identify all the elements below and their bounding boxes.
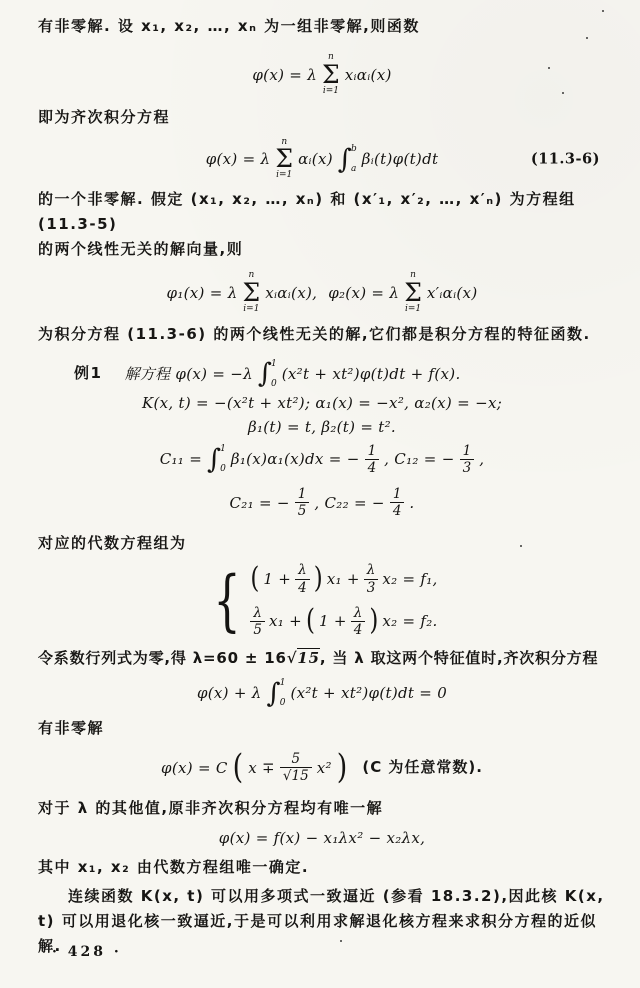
para-nonzero-solution: 有非零解 bbox=[38, 716, 606, 741]
integral-lower-limit: 0 bbox=[220, 464, 226, 474]
integral-icon: ∫ bbox=[267, 680, 281, 707]
integral-lower-limit: 0 bbox=[271, 379, 277, 389]
fraction-denominator: 3 bbox=[460, 459, 475, 476]
integral-symbol: ∫ 1 0 bbox=[207, 444, 226, 474]
fraction: 5 √15 bbox=[280, 751, 312, 784]
formula-fragment: x′ᵢαᵢ(x) bbox=[427, 284, 478, 302]
formula-fragment: (x²t + xt²)φ(t)dt = 0 bbox=[290, 684, 447, 702]
para-solution-vectors-line1: 的一个非零解. 假定 (x₁, x₂, …, xₙ) 和 (x′₁, x′₂, … bbox=[38, 187, 606, 237]
fraction-numerator: 5 bbox=[289, 751, 304, 767]
sigma-icon: Σ bbox=[404, 281, 422, 305]
fraction: 1 5 bbox=[295, 486, 310, 519]
para-solution-vectors-line2: 的两个线性无关的解向量,则 bbox=[38, 237, 606, 262]
formula-fragment: φ₂(x) = λ bbox=[328, 284, 399, 302]
formula-fragment: , bbox=[479, 450, 484, 468]
formula-fragment: , C₂₂ = − bbox=[314, 494, 384, 512]
fraction-denominator: 4 bbox=[390, 502, 405, 519]
formula-fragment: 1 + bbox=[319, 612, 347, 630]
formula-fragment: K(x, t) = −(x²t + xt²); α₁(x) = −x², α₂(… bbox=[142, 394, 502, 412]
left-paren: ( bbox=[306, 607, 315, 636]
formula-fragment: β₁(t) = t, β₂(t) = t². bbox=[248, 418, 396, 436]
scan-speckle bbox=[548, 67, 550, 69]
integral-upper-limit: 1 bbox=[220, 444, 226, 454]
sum-lower-limit: i=1 bbox=[405, 305, 421, 315]
para-unique-determined: 其中 x₁, x₂ 由代数方程组唯一确定. bbox=[38, 855, 606, 880]
integral-icon: ∫ bbox=[338, 146, 352, 173]
sum-lower-limit: i=1 bbox=[276, 171, 292, 181]
fraction-numerator: λ bbox=[250, 605, 265, 621]
para-algebraic-system: 对应的代数方程组为 bbox=[38, 531, 606, 556]
closing-paragraph-line3: 解. bbox=[38, 934, 606, 959]
integral-upper-limit: b bbox=[351, 144, 357, 154]
formula-fragment: φ(x) = C bbox=[161, 759, 228, 777]
fraction: 1 4 bbox=[390, 486, 405, 519]
constant-note: (C 为任意常数). bbox=[362, 755, 483, 780]
kernel-line: K(x, t) = −(x²t + xt²); α₁(x) = −x², α₂(… bbox=[38, 394, 606, 412]
fraction-denominator: 4 bbox=[365, 459, 380, 476]
integral-icon: ∫ bbox=[258, 360, 272, 387]
formula-fragment: x₂ = f₁, bbox=[382, 570, 437, 588]
fraction-numerator: λ bbox=[351, 605, 366, 621]
left-paren: ( bbox=[233, 751, 244, 785]
radical-sign: √ bbox=[283, 768, 292, 784]
formula-fragment: αᵢ(x) bbox=[298, 150, 333, 168]
formula-fragment: φ₁(x) = λ bbox=[167, 284, 238, 302]
scan-speckle bbox=[340, 940, 342, 942]
formula-fragment: (x²t + xt²)φ(t)dt + f(x). bbox=[282, 365, 461, 383]
system-brace: { bbox=[214, 571, 241, 630]
formula-fragment: 1 + bbox=[263, 570, 291, 588]
equation-phi1-phi2: φ₁(x) = λ n Σ i=1 xᵢαᵢ(x), φ₂(x) = λ n Σ… bbox=[38, 271, 606, 315]
closing-paragraph-line1: 连续函数 K(x, t) 可以用多项式一致逼近 (参看 18.3.2),因此核 … bbox=[38, 884, 606, 909]
formula-fragment: β₁(x)α₁(x)dx = − bbox=[231, 450, 360, 468]
algebraic-system: { ( 1 + λ 4 ) x₁ + λ 3 x₂ = f₁, λ bbox=[38, 562, 606, 638]
fraction-numerator: 1 bbox=[460, 443, 475, 459]
fraction: 1 3 bbox=[460, 443, 475, 476]
fraction: λ 5 bbox=[250, 605, 265, 638]
sum-lower-limit: i=1 bbox=[323, 87, 339, 97]
right-paren: ) bbox=[369, 607, 378, 636]
fraction-numerator: λ bbox=[364, 562, 379, 578]
c21-c22-line: C₂₁ = − 1 5 , C₂₂ = − 1 4 . bbox=[38, 486, 606, 519]
fraction-denominator: 3 bbox=[364, 579, 379, 596]
fraction-numerator: λ bbox=[295, 562, 310, 578]
fraction-numerator: 1 bbox=[365, 443, 380, 459]
formula-fragment: φ(x) = λ bbox=[206, 150, 271, 168]
summation-symbol: n Σ i=1 bbox=[243, 271, 261, 315]
formula-fragment: x₁ + bbox=[269, 612, 302, 630]
fraction: 1 4 bbox=[365, 443, 380, 476]
formula-fragment: x₁ + bbox=[327, 570, 360, 588]
equation-11-3-6: φ(x) = λ n Σ i=1 αᵢ(x) ∫ b a βᵢ(t)φ(t)dt… bbox=[38, 138, 606, 182]
sum-lower-limit: i=1 bbox=[243, 305, 259, 315]
integral-icon: ∫ bbox=[207, 446, 221, 473]
formula-fragment: C₂₁ = − bbox=[230, 494, 290, 512]
line-homogeneous-intro: 即为齐次积分方程 bbox=[38, 105, 606, 130]
para-other-lambda: 对于 λ 的其他值,原非齐次积分方程均有唯一解 bbox=[38, 796, 606, 821]
closing-paragraph-line2: t) 可以用退化核一致逼近,于是可以利用求解退化核方程来求积分方程的近似 bbox=[38, 909, 606, 934]
summation-symbol: n Σ i=1 bbox=[404, 271, 422, 315]
scan-speckle bbox=[586, 37, 588, 39]
formula-fragment: 解方程 φ(x) = −λ bbox=[124, 363, 253, 384]
sigma-icon: Σ bbox=[243, 281, 261, 305]
para-determinant: 令系数行列式为零,得 λ=60 ± 16√15, 当 λ 取这两个特征值时,齐次… bbox=[38, 646, 606, 671]
integral-symbol: ∫ 1 0 bbox=[258, 359, 277, 389]
equation-eigenfunction: φ(x) = C ( x ∓ 5 √15 x² ) (C 为任意常数). bbox=[38, 751, 606, 784]
fraction-denominator: 4 bbox=[295, 579, 310, 596]
radicand: 15 bbox=[292, 767, 309, 784]
sigma-icon: Σ bbox=[275, 147, 293, 171]
equation-basis-function: φ(x) = λ n Σ i=1 xᵢαᵢ(x) bbox=[38, 53, 606, 97]
radicand: 15 bbox=[297, 648, 319, 667]
left-paren: ( bbox=[250, 565, 259, 594]
formula-fragment: φ(x) = f(x) − x₁λx² − x₂λx, bbox=[219, 829, 425, 847]
scan-speckle bbox=[562, 92, 564, 94]
formula-fragment: φ(x) = λ bbox=[252, 66, 317, 84]
formula-fragment: C₁₁ = bbox=[160, 450, 202, 468]
fraction-denominator: 5 bbox=[295, 502, 310, 519]
para-eigenfunctions: 为积分方程 (11.3-6) 的两个线性无关的解,它们都是积分方程的特征函数. bbox=[38, 322, 606, 347]
fraction: λ 4 bbox=[351, 605, 366, 638]
example-1-line: 例1 解方程 φ(x) = −λ ∫ 1 0 (x²t + xt²)φ(t)dt… bbox=[74, 359, 606, 389]
formula-fragment: . bbox=[409, 494, 414, 512]
equation-unique-solution: φ(x) = f(x) − x₁λx² − x₂λx, bbox=[38, 829, 606, 847]
right-paren: ) bbox=[314, 565, 323, 594]
formula-fragment: x ∓ bbox=[248, 759, 275, 777]
page-number: · 428 · bbox=[52, 944, 122, 960]
beta-line: β₁(t) = t, β₂(t) = t². bbox=[38, 418, 606, 436]
fraction-denominator: 5 bbox=[250, 621, 265, 638]
textbook-page: 有非零解. 设 x₁, x₂, …, xₙ 为一组非零解,则函数 φ(x) = … bbox=[0, 0, 640, 988]
radical-sign: √ bbox=[287, 649, 298, 667]
summation-symbol: n Σ i=1 bbox=[322, 53, 340, 97]
determinant-text-pre: 令系数行列式为零,得 λ=60 ± 16 bbox=[38, 649, 287, 667]
fraction-denominator: 4 bbox=[351, 621, 366, 638]
system-row-2: λ 5 x₁ + ( 1 + λ 4 ) x₂ = f₂. bbox=[250, 605, 437, 638]
equation-homogeneous: φ(x) + λ ∫ 1 0 (x²t + xt²)φ(t)dt = 0 bbox=[38, 678, 606, 708]
formula-fragment: βᵢ(t)φ(t)dt bbox=[362, 150, 439, 168]
integral-symbol: ∫ 1 0 bbox=[267, 678, 286, 708]
summation-symbol: n Σ i=1 bbox=[275, 138, 293, 182]
system-row-1: ( 1 + λ 4 ) x₁ + λ 3 x₂ = f₁, bbox=[250, 562, 437, 595]
example-1-label: 例1 bbox=[74, 361, 102, 386]
fraction-numerator: 1 bbox=[295, 486, 310, 502]
scan-speckle bbox=[602, 10, 604, 12]
scan-speckle bbox=[520, 545, 522, 547]
formula-fragment: x² bbox=[317, 759, 332, 777]
intro-line: 有非零解. 设 x₁, x₂, …, xₙ 为一组非零解,则函数 bbox=[38, 14, 606, 39]
determinant-text-post: , 当 λ 取这两个特征值时,齐次积分方程 bbox=[320, 649, 598, 667]
formula-fragment: xᵢαᵢ(x), bbox=[265, 284, 317, 302]
fraction: λ 3 bbox=[364, 562, 379, 595]
formula-fragment: , C₁₂ = − bbox=[384, 450, 454, 468]
fraction-denominator: √15 bbox=[280, 767, 312, 784]
c11-c12-line: C₁₁ = ∫ 1 0 β₁(x)α₁(x)dx = − 1 4 , C₁₂ =… bbox=[38, 443, 606, 476]
integral-upper-limit: 1 bbox=[280, 678, 286, 688]
sigma-icon: Σ bbox=[322, 63, 340, 87]
equation-number-label: (11.3-6) bbox=[531, 151, 600, 168]
integral-symbol: ∫ b a bbox=[338, 144, 357, 174]
formula-fragment: φ(x) + λ bbox=[197, 684, 262, 702]
integral-lower-limit: a bbox=[351, 164, 356, 174]
integral-lower-limit: 0 bbox=[280, 698, 286, 708]
integral-upper-limit: 1 bbox=[271, 359, 277, 369]
formula-fragment: xᵢαᵢ(x) bbox=[345, 66, 392, 84]
right-paren: ) bbox=[337, 751, 348, 785]
fraction: λ 4 bbox=[295, 562, 310, 595]
formula-fragment: x₂ = f₂. bbox=[382, 612, 437, 630]
fraction-numerator: 1 bbox=[390, 486, 405, 502]
